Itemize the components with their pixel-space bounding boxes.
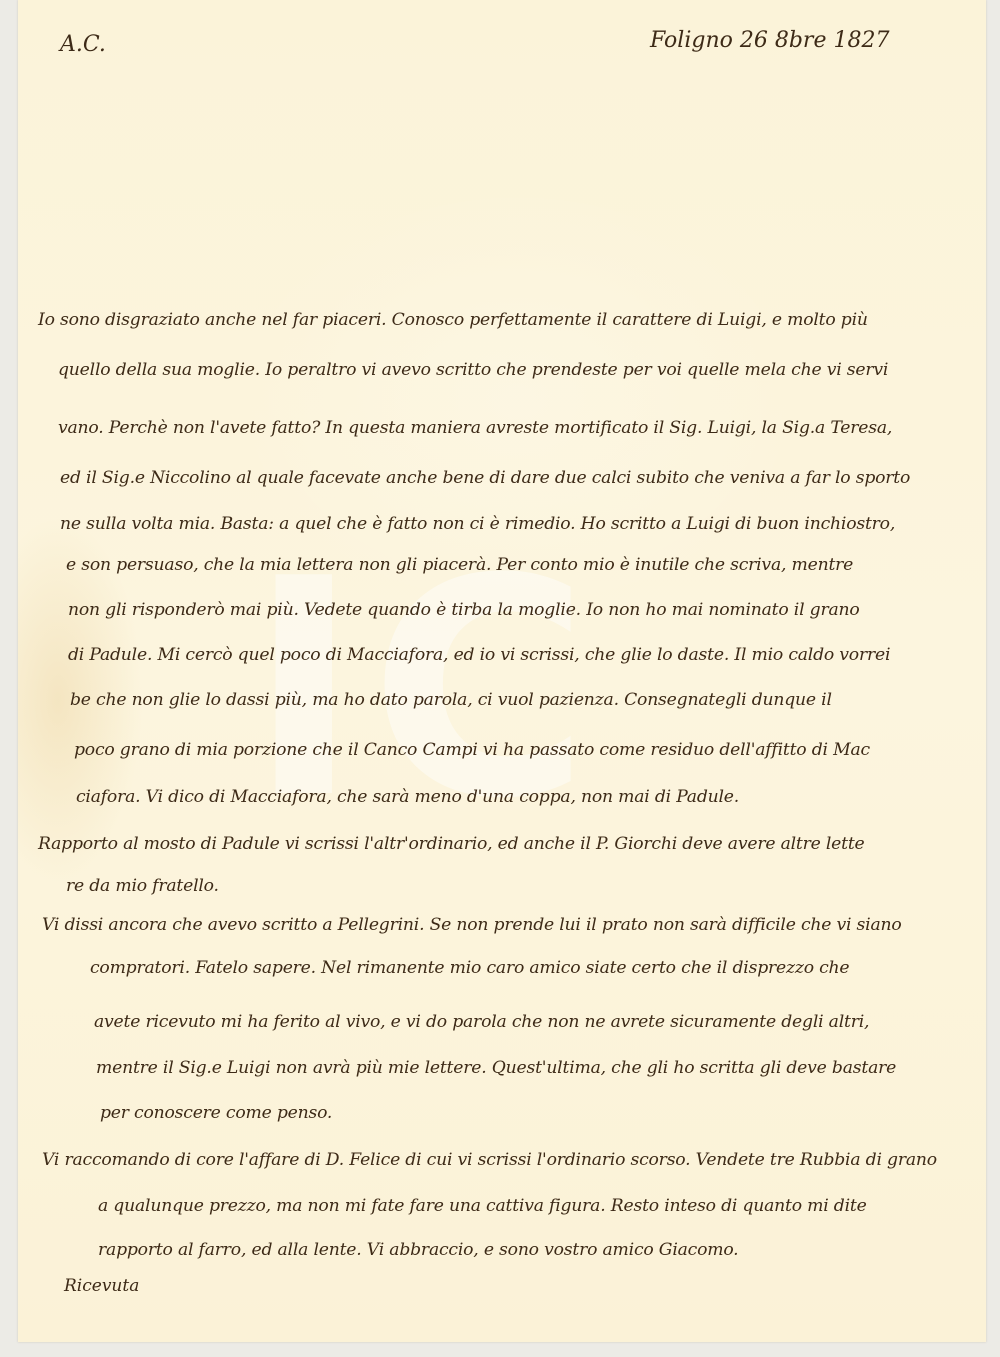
letter-place-date: Foligno 26 8bre 1827 (650, 28, 889, 53)
body-line-17: mentre il Sig.e Luigi non avrà più mie l… (96, 1058, 896, 1078)
letter-initials: A.C. (60, 32, 106, 57)
body-line-6: e son persuaso, che la mia lettera non g… (66, 555, 853, 575)
body-line-14: Vi dissi ancora che avevo scritto a Pell… (42, 915, 902, 935)
body-line-15: compratori. Fatelo sapere. Nel rimanente… (90, 958, 849, 978)
body-line-5: ne sulla volta mia. Basta: a quel che è … (60, 514, 895, 534)
body-line-7: non gli risponderò mai più. Vedete quand… (68, 600, 860, 620)
body-line-21: rapporto al farro, ed alla lente. Vi abb… (98, 1240, 738, 1260)
body-line-11: ciafora. Vi dico di Macciafora, che sarà… (76, 787, 739, 807)
body-line-19: Vi raccomando di core l'affare di D. Fel… (42, 1150, 937, 1170)
receipt-note: Ricevuta (64, 1276, 139, 1296)
body-line-9: be che non glie lo dassi più, ma ho dato… (70, 690, 832, 710)
body-line-8: di Padule. Mi cercò quel poco di Macciaf… (68, 645, 890, 665)
body-line-3: vano. Perchè non l'avete fatto? In quest… (58, 418, 892, 438)
body-line-16: avete ricevuto mi ha ferito al vivo, e v… (94, 1012, 869, 1032)
body-line-10: poco grano di mia porzione che il Canco … (74, 740, 870, 760)
body-line-2: quello della sua moglie. Io peraltro vi … (58, 360, 888, 380)
body-line-13: re da mio fratello. (66, 876, 219, 896)
letter-paper: IC A.C. Foligno 26 8bre 1827 Io sono dis… (18, 0, 986, 1342)
body-line-4: ed il Sig.e Niccolino al quale facevate … (60, 468, 910, 488)
body-line-18: per conoscere come penso. (100, 1103, 332, 1123)
body-line-12: Rapporto al mosto di Padule vi scrissi l… (38, 834, 865, 854)
body-line-1: Io sono disgraziato anche nel far piacer… (38, 310, 868, 330)
body-line-20: a qualunque prezzo, ma non mi fate fare … (98, 1196, 867, 1216)
